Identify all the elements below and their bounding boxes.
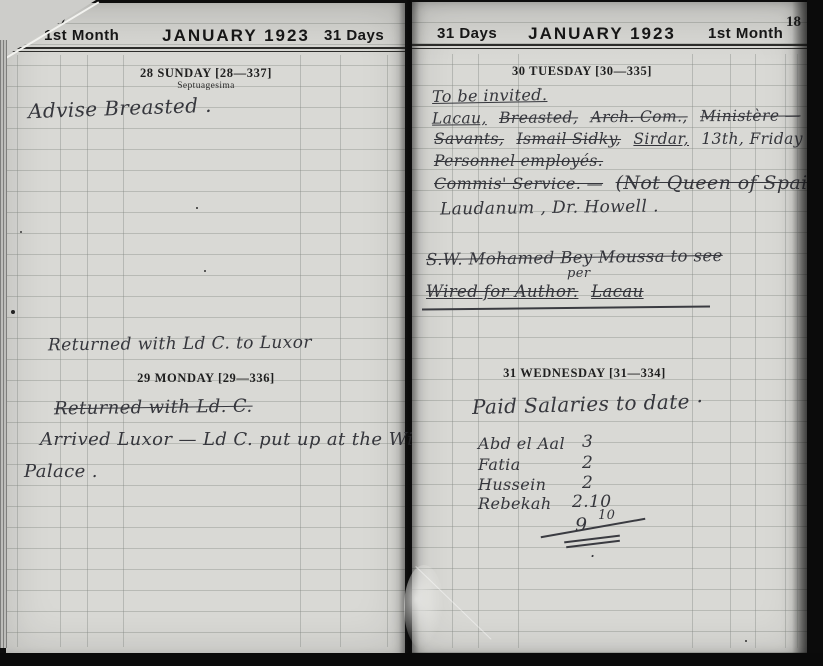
entry-arrived-luxor: Arrived Luxor — Ld C. put up at the Wint…: [40, 429, 453, 450]
entry-laudanum-howell: Laudanum , Dr. Howell .: [440, 196, 659, 219]
entry-palace: Palace .: [24, 461, 98, 482]
header-title: JANUARY 1923: [517, 24, 687, 44]
day-heading-31-wednesday: 31 WEDNESDAY [31—334]: [412, 366, 757, 381]
day-heading-28-sunday: 28 SUNDAY [28—337]: [26, 66, 386, 81]
salary-total: 9: [575, 514, 588, 536]
salary-name: Abd el Aal: [478, 434, 565, 453]
guest-arch-com: Arch. Com.,: [590, 107, 687, 126]
left-page: 17 1st Month JANUARY 1923 31 Days 28 SUN…: [6, 3, 405, 653]
feint-column-rule: [387, 55, 388, 647]
guest-breasted: Breasted,: [499, 108, 578, 127]
entry-struck-wired-author: Wired for Author. Lacau: [426, 282, 651, 301]
guest-ismail-sidky: Ismail Sidky,: [516, 130, 621, 148]
salary-row: Fatia: [478, 455, 528, 474]
header-title: JANUARY 1923: [151, 26, 321, 46]
entry-advise-breasted: Advise Breasted .: [28, 93, 213, 123]
entry-guest-list-line2: Savants, Ismail Sidky, Sirdar, 13th, Fri…: [434, 130, 810, 148]
struck-wired-author: Wired for Author.: [426, 282, 578, 301]
stacked-pages-edge: [0, 40, 7, 648]
struck-commis-service: Commis' Service. —: [434, 174, 603, 193]
binding-gutter-shadow: [399, 0, 419, 653]
day-subheading-septuagesima: Septuagesima: [26, 81, 386, 91]
page-edge-fade: [792, 0, 808, 653]
salary-amount: 2: [582, 473, 593, 493]
salary-name: Rebekah: [478, 494, 552, 513]
header-days-label: 31 Days: [324, 27, 384, 44]
guest-date-note: 13th, Friday: [701, 130, 803, 148]
feint-column-rule: [340, 55, 341, 647]
entry-struck-returned: Returned with Ld. C.: [54, 396, 253, 420]
salary-amount: 2: [582, 453, 593, 473]
feint-column-rule: [17, 55, 18, 647]
guest-savants: Savants,: [434, 130, 504, 148]
entry-returned-luxor: Returned with Ld C. to Luxor: [48, 333, 312, 356]
entry-struck-personnel: Personnel employés.: [434, 152, 603, 170]
header-rule: [6, 47, 405, 52]
guest-ministere: Ministère —: [700, 106, 801, 125]
diary-scan: { "colors": { "paper": "#d9d9d5", "ink":…: [0, 0, 823, 666]
total-dot: .: [590, 542, 596, 561]
entry-struck-commis: Commis' Service. — (Not Queen of Spain): [434, 172, 823, 194]
header-month-label: 1st Month: [44, 27, 119, 44]
torn-paper-patch: [404, 565, 444, 650]
right-page: 18 31 Days JANUARY 1923 1st Month 30 TUE…: [412, 2, 807, 654]
scan-border-bottom: [0, 653, 823, 666]
header-rule: [412, 44, 807, 49]
entry-to-be-invited: To be invited.: [432, 85, 548, 106]
header-month-label: 1st Month: [708, 25, 783, 42]
sum-diagonal-line: [541, 518, 646, 538]
struck-lacau: Lacau: [591, 282, 644, 301]
guest-lacau: Lacau,: [432, 109, 487, 127]
salary-name: Fatia: [478, 455, 521, 474]
guest-sirdar: Sirdar,: [633, 130, 689, 148]
salary-amount: 3: [582, 432, 593, 452]
scan-border-right: [807, 0, 823, 666]
salary-name: Hussein: [478, 475, 546, 494]
salary-row: Hussein: [478, 475, 553, 494]
ink-specks: [0, 0, 2, 2]
salary-total-sub: 10: [598, 508, 615, 523]
header-days-label: 31 Days: [437, 25, 497, 42]
memo-underline: [422, 305, 710, 310]
entry-guest-list-line1: Lacau, Breasted, Arch. Com., Ministère —: [432, 106, 808, 127]
entry-paid-salaries: Paid Salaries to date ·: [472, 389, 704, 419]
salary-row: Abd el Aal: [478, 434, 572, 453]
salary-row: Rebekah: [478, 494, 559, 513]
day-heading-29-monday: 29 MONDAY [29—336]: [26, 371, 386, 386]
entry-insert-per: per: [567, 266, 590, 281]
day-heading-30-tuesday: 30 TUESDAY [30—335]: [412, 64, 752, 79]
